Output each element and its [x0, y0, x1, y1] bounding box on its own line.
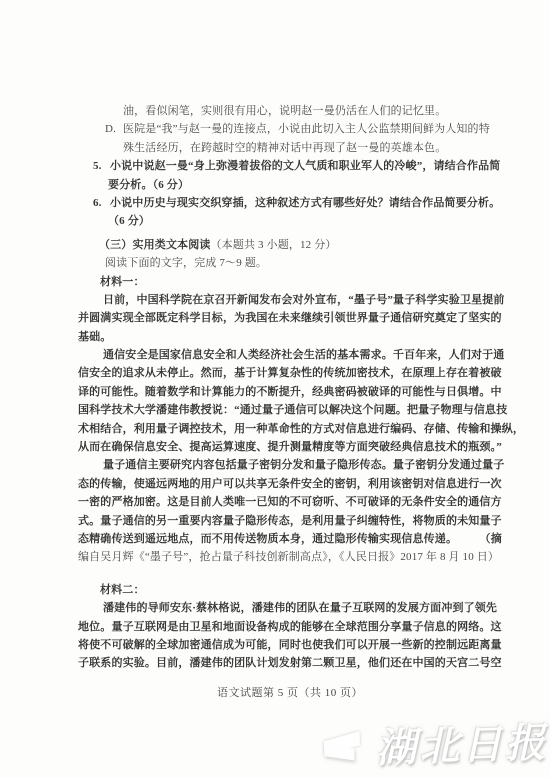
flag-side-face — [324, 744, 355, 760]
text-line: 从而在确保信息安全、提高运算速度、提升测量精度等方面突破经典信息技术的瓶颈。” — [78, 438, 502, 456]
text-line: 一密的严格加密。这是目前人类唯一已知的不可窃听、不可破译的无条件安全的通信方 — [78, 493, 502, 511]
question-6-line-2: （6 分） — [78, 212, 502, 230]
citation-line: 编自吴月辉《“墨子号”，抢占量子科技创新制高点》，《人民日报》2017 年 8 … — [78, 548, 502, 566]
hubei-daily-watermark: 湖北日报 — [321, 711, 549, 776]
question-6-number: 6. — [93, 194, 110, 212]
option-d-label: D. — [105, 120, 123, 138]
exam-page-scan: 油，看似闲笔，实则很有用心，说明赵一曼仍活在人们的记忆里。 D.医院是“我”与赵… — [0, 0, 550, 778]
material-2-label: 材料二： — [78, 581, 502, 599]
page-number-footer: 语文试题第 5 页（共 10 页） — [78, 684, 502, 700]
section-3-instruction: 阅读下面的文字，完成 7～9 题。 — [78, 254, 502, 272]
text-line: 术相结合，利用量子调控技术，用一种革命性的方式对信息进行编码、存储、传输和操纵， — [78, 420, 502, 438]
text-line: 子联系的实验。目前，潘建伟的团队计划发射第二颗卫星，他们还在中国的天宫二号空 — [78, 654, 502, 672]
text-line: 态精确传送到遥远地点，而不用传送物质本身，通过隐形传输实现信息传递。 （摘 — [78, 530, 502, 548]
question-5-line-1: 5.小说中说赵一曼“身上弥漫着拔俗的文人气质和职业军人的冷峻”，请结合作品简 — [78, 157, 502, 175]
text-line: 日前，中国科学院在京召开新闻发布会对外宣布，“墨子号”量子科学实验卫星提前 — [78, 291, 502, 309]
option-d-text: 医院是“我”与赵一曼的连接点，小说由此切入主人公监禁期间鲜为人知的特 — [123, 123, 490, 135]
folded-newspaper-flag-icon — [322, 731, 367, 767]
text-line: 基础。 — [78, 328, 502, 346]
watermark-text: 湖北日报 — [375, 711, 549, 774]
question-5-line-2: 要分析。（6 分） — [78, 176, 502, 194]
question-6-line-1: 6.小说中历史与现实交织穿插，这种叙述方式有哪些好处？请结合作品简要分析。 — [78, 194, 502, 212]
question-5-text: 小说中说赵一曼“身上弥漫着拔俗的文人气质和职业军人的冷峻”，请结合作品简 — [110, 160, 500, 172]
text-line: 态的传输，使遥远两地的用户可以共享无条件安全的密钥，利用该密钥对信息进行一次 — [78, 475, 502, 493]
text-line: 式。量子通信的另一重要内容量子隐形传态，是利用量子纠缠特性，将物质的未知量子 — [78, 512, 502, 530]
option-c-carryover-line: 油，看似闲笔，实则很有用心，说明赵一曼仍活在人们的记忆里。 — [78, 102, 502, 120]
question-6-text: 小说中历史与现实交织穿插，这种叙述方式有哪些好处？请结合作品简要分析。 — [110, 197, 500, 209]
text-line: 通信安全是国家信息安全和人类经济社会生活的基本需求。千百年来，人们对于通 — [78, 346, 502, 364]
text-line: 潘建伟的导师安东·蔡林格说，潘建伟的团队在量子互联网的发展方面冲到了领先 — [78, 599, 502, 617]
option-d-line-2: 殊生活经历，在跨越时空的精神对话中再现了赵一曼的英雄本色。 — [78, 139, 502, 157]
section-3-title-note: （本题共 3 小题，12 分） — [211, 239, 337, 251]
text-line: 将使不可破解的全球加密通信成为可能，同时也使我们可以开展一些新的控制远距离量 — [78, 636, 502, 654]
text-line: 地位。量子互联网是由卫星和地面设备构成的能够在全球范围分享量子信息的网络。这 — [78, 618, 502, 636]
text-line: 国科学技术大学潘建伟教授说：“通过量子通信可以解决这个问题。把量子物理与信息技 — [78, 401, 502, 419]
material-1-paragraph-1: 日前，中国科学院在京召开新闻发布会对外宣布，“墨子号”量子科学实验卫星提前 并圆… — [78, 291, 502, 346]
text-line: 量子通信主要研究内容包括量子密钥分发和量子隐形传态。量子密钥分发通过量子 — [78, 456, 502, 474]
section-3-header: （三）实用类文本阅读（本题共 3 小题，12 分） — [78, 236, 502, 254]
question-5-number: 5. — [93, 157, 110, 175]
text-line: 并圆满实现全部既定科学目标，为我国在未来继续引领世界量子通信研究奠定了坚实的 — [78, 309, 502, 327]
section-3-title: （三）实用类文本阅读 — [99, 239, 211, 251]
text-line: 译的可能性。随着数学和计算能力的不断提升，经典密码被破译的可能性与日俱增。中 — [78, 383, 502, 401]
material-2-paragraph-1: 潘建伟的导师安东·蔡林格说，潘建伟的团队在量子互联网的发展方面冲到了领先 地位。… — [78, 599, 502, 673]
material-1-label: 材料一： — [78, 273, 502, 291]
option-d-line-1: D.医院是“我”与赵一曼的连接点，小说由此切入主人公监禁期间鲜为人知的特 — [78, 120, 502, 138]
text-line: 信安全的追求从未停止。然而，基于计算复杂性的传统加密技术，在原理上存在着被破 — [78, 364, 502, 382]
material-1-paragraph-3: 量子通信主要研究内容包括量子密钥分发和量子隐形传态。量子密钥分发通过量子 态的传… — [78, 456, 502, 566]
material-1-paragraph-2: 通信安全是国家信息安全和人类经济社会生活的基本需求。千百年来，人们对于通 信安全… — [78, 346, 502, 456]
flag-top-face — [324, 731, 360, 755]
page-text-column: 油，看似闲笔，实则很有用心，说明赵一曼仍活在人们的记忆里。 D.医院是“我”与赵… — [78, 102, 502, 700]
